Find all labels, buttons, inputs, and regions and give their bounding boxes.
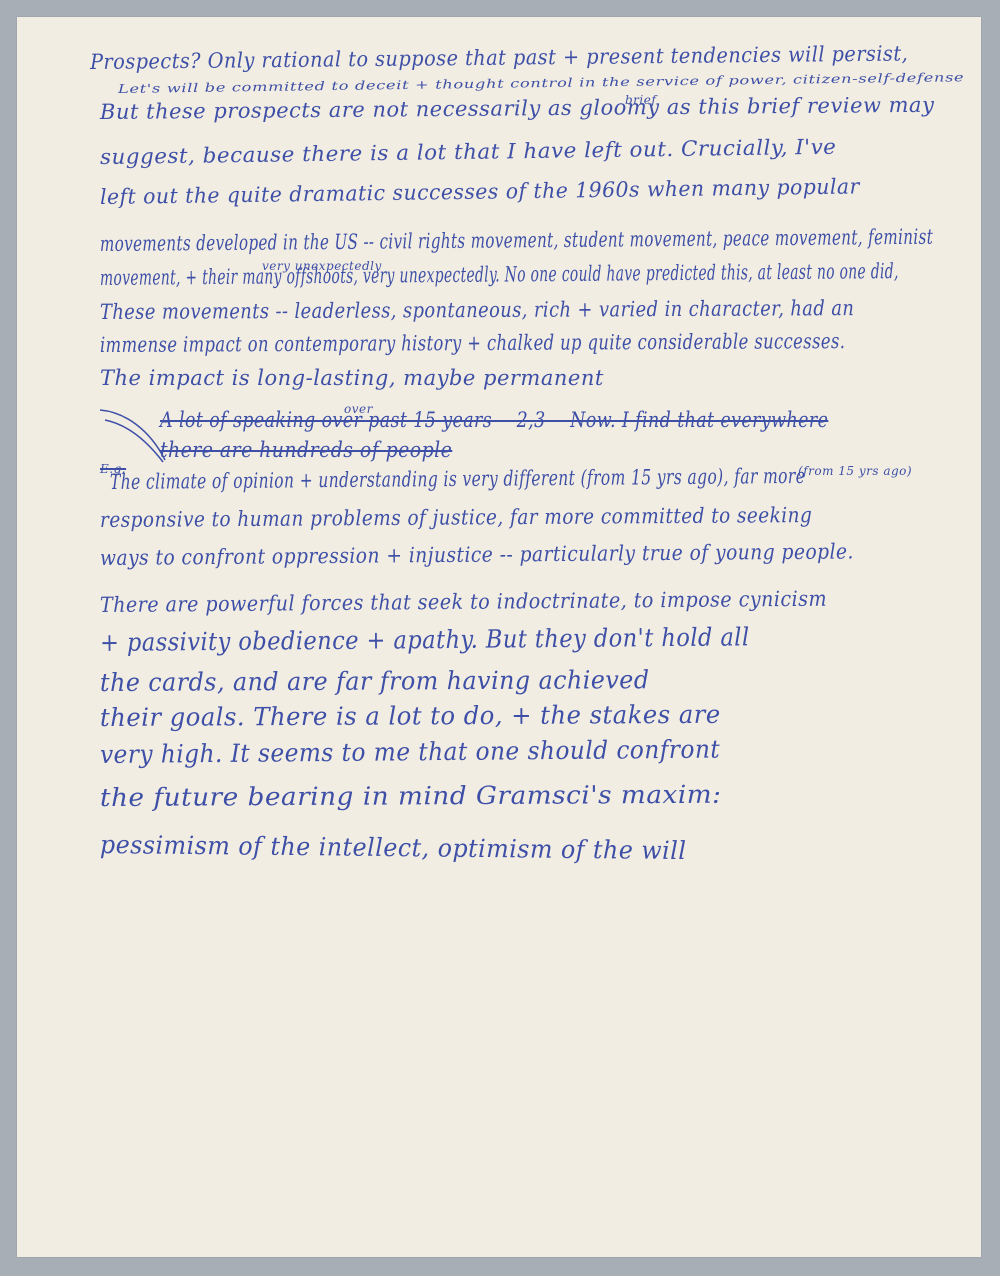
- line-14: responsive to human problems of justice,…: [100, 503, 812, 532]
- line-8: These movements -- leaderless, spontaneo…: [100, 296, 854, 324]
- line-19: their goals. There is a lot to do, + the…: [100, 700, 721, 732]
- line-11-struck: A lot of speaking over past 15 years -- …: [160, 408, 828, 432]
- insert-brief: brief: [625, 93, 656, 107]
- line-20: very high. It seems to me that one shoul…: [100, 735, 720, 769]
- margin-scribble: [95, 400, 175, 470]
- line-22: pessimism of the intellect, optimism of …: [100, 830, 687, 865]
- insert-over: over: [344, 402, 373, 416]
- insert-very-unexpectedly: very unexpectedly: [262, 259, 382, 273]
- line-17: + passivity obedience + apathy. But they…: [100, 622, 750, 657]
- line-21: the future bearing in mind Gramsci's max…: [100, 780, 722, 812]
- line-12-struck: there are hundreds of people: [160, 438, 452, 462]
- line-9: immense impact on contemporary history +…: [100, 329, 845, 357]
- insert-from-15-yrs-ago: (from 15 yrs ago): [798, 464, 912, 478]
- line-10: The impact is long-lasting, maybe perman…: [100, 366, 604, 390]
- show-through-text: [97, 1007, 101, 1020]
- line-18: the cards, and are far from having achie…: [100, 665, 650, 697]
